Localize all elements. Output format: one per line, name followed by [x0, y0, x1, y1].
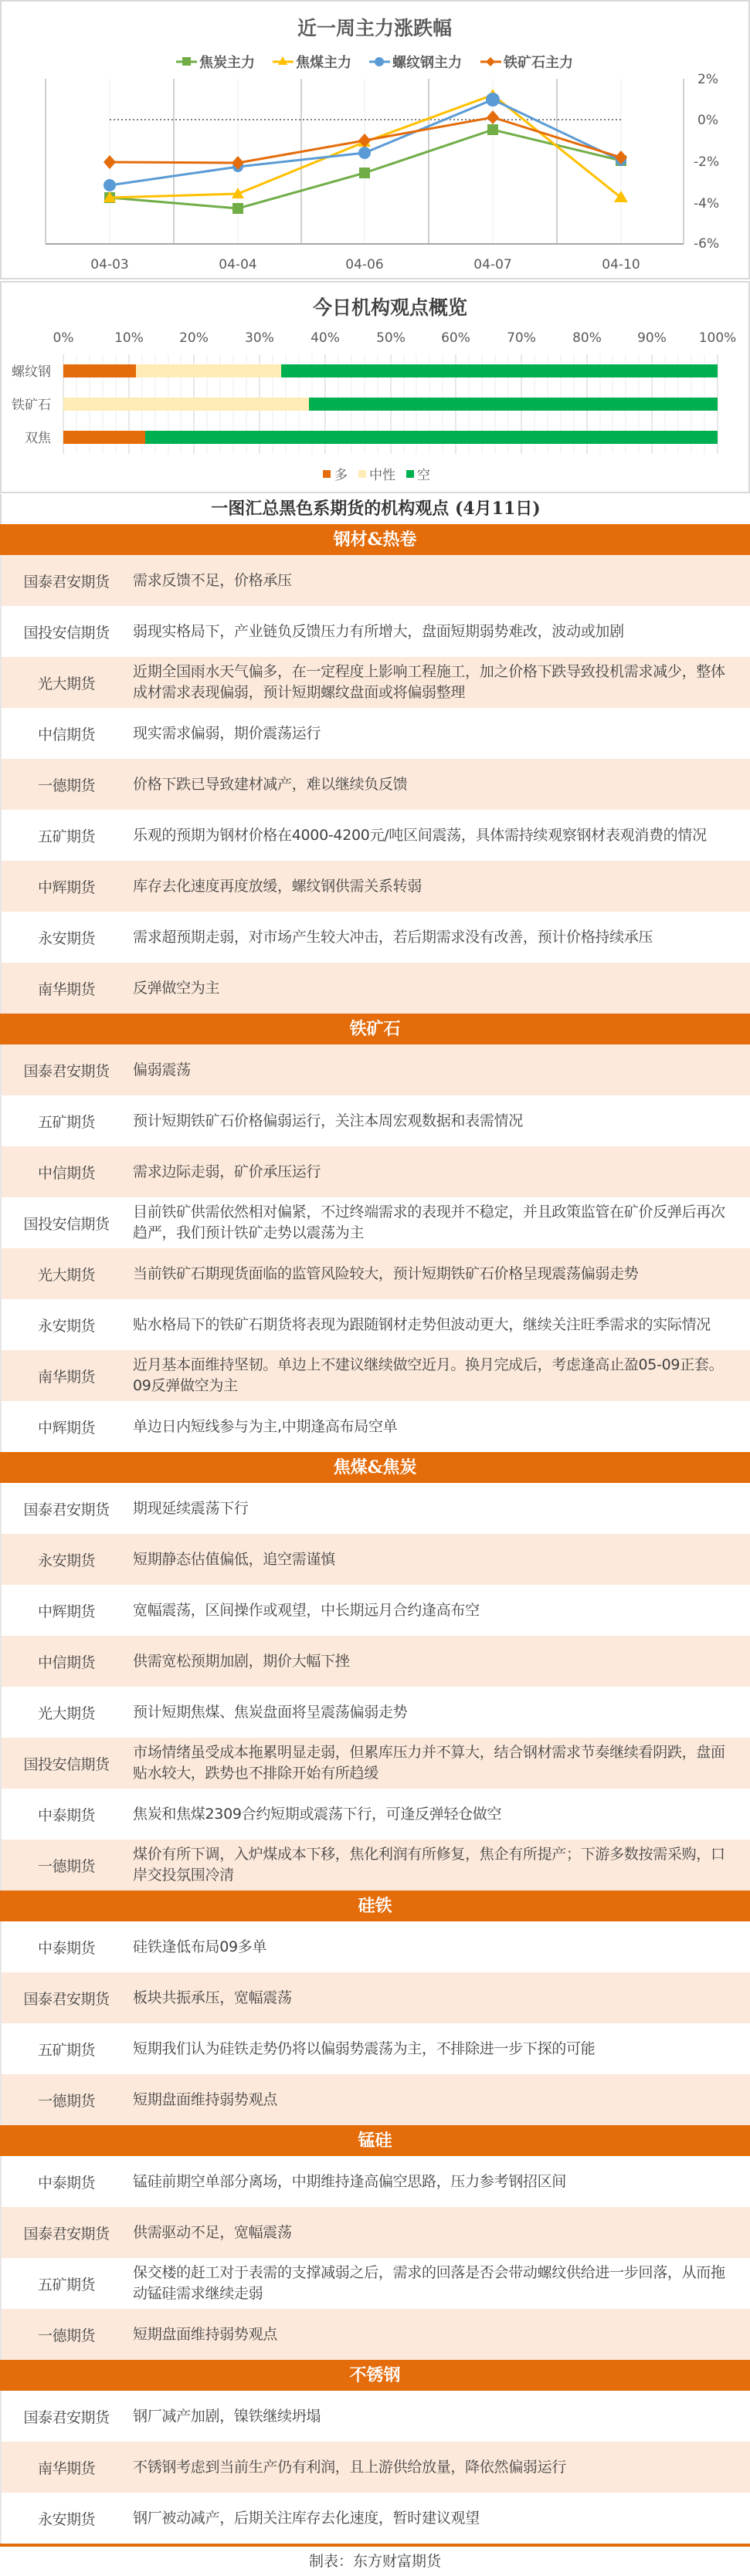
legend-item-coking-coal: 焦煤主力 [273, 54, 351, 71]
table-row: 国泰君安期货偏弱震荡 [0, 1044, 750, 1095]
institution-view: 库存去化速度再度放缓，螺纹钢供需关系转弱 [130, 876, 750, 897]
section-header: 不锈钢 [0, 2360, 750, 2391]
institution-name: 光大期货 [2, 1264, 130, 1285]
institution-name: 国投安信期货 [2, 1213, 130, 1234]
institution-name: 光大期货 [2, 1702, 130, 1723]
institution-view: 现实需求偏弱，期价震荡运行 [130, 723, 750, 744]
table-row: 国泰君安期货板块共振承压，宽幅震荡 [0, 1972, 750, 2023]
institution-view: 锰硅前期空单部分离场，中期维持逢高偏空思路，压力参考钢招区间 [130, 2171, 750, 2192]
section-header: 锰硅 [0, 2125, 750, 2156]
table-row: 一德期货煤价有所下调，入炉煤成本下移，焦化利润有所修复，焦企有所提产；下游多数按… [0, 1840, 750, 1891]
institution-name: 中信期货 [2, 1162, 130, 1183]
institution-name: 国泰君安期货 [2, 2222, 130, 2243]
institution-view: 保交楼的赶工对于表需的支撑减弱之后，需求的回落是否会带动螺纹供给进一步回落，从而… [130, 2263, 750, 2304]
institution-name: 国泰君安期货 [2, 570, 130, 591]
legend-item-rebar: 螺纹钢主力 [369, 54, 462, 71]
bar-chart-x-axis: 0% 10% 20% 30% 40% 50% 60% 70% 80% 90% 1… [53, 330, 737, 346]
institution-name: 国投安信期货 [2, 1753, 130, 1774]
table-row: 一德期货短期盘面维持弱势观点 [0, 2074, 750, 2125]
institution-name: 国泰君安期货 [2, 1988, 130, 2009]
category-label: 铁矿石 [12, 398, 51, 413]
institution-name: 一德期货 [2, 1855, 130, 1876]
table-row: 一德期货价格下跌已导致建材减产，难以继续负反馈 [0, 759, 750, 810]
institution-view: 乐观的预期为钢材价格在4000-4200元/吨区间震荡，具体需持续观察钢材表观消… [130, 825, 750, 846]
institution-view: 当前铁矿石期现货面临的监管风险较大，预计短期铁矿石价格呈现震荡偏弱走势 [130, 1264, 750, 1285]
views-table: 钢材&热卷国泰君安期货需求反馈不足，价格承压国投安信期货弱现实格局下，产业链负反… [0, 524, 750, 2576]
institution-view: 近期全国雨水天气偏多，在一定程度上影响工程施工，加之价格下跌导致投机需求减少，整… [130, 662, 750, 703]
table-row: 中辉期货库存去化速度再度放缓，螺纹钢供需关系转弱 [0, 861, 750, 912]
table-row: 中辉期货单边日内短线参与为主,中期逢高布局空单 [0, 1401, 750, 1452]
x-tick: 80% [572, 330, 602, 346]
bull-swatch-icon [323, 470, 331, 478]
x-tick: 30% [245, 330, 274, 346]
legend-label: 螺纹钢主力 [392, 54, 462, 71]
institution-view: 市场情绪虽受成本拖累明显走弱，但累库压力并不算大，结合钢材需求节奏继续看阴跌，盘… [130, 1742, 750, 1784]
institution-view: 价格下跌已导致建材减产，难以继续负反馈 [130, 774, 750, 795]
institution-name: 国泰君安期货 [2, 2406, 130, 2427]
institution-view: 预计短期铁矿石价格偏弱运行，关注本周宏观数据和表需情况 [130, 1111, 750, 1132]
section-header: 钢材&热卷 [0, 524, 750, 555]
table-row: 光大期货预计短期焦煤、焦炭盘面将呈震荡偏弱走势 [0, 1687, 750, 1738]
institution-name: 中泰期货 [2, 1937, 130, 1958]
institution-view: 短期盘面维持弱势观点 [130, 2324, 750, 2345]
category-label: 双焦 [25, 431, 52, 446]
institution-name: 永安期货 [2, 927, 130, 948]
section-header: 硅铁 [0, 1891, 750, 1921]
institution-name: 一德期货 [2, 774, 130, 795]
circle-marker-icon [375, 57, 384, 66]
institution-name: 五矿期货 [2, 2039, 130, 2060]
table-row: 国泰君安期货需求反馈不足，价格承压 [0, 555, 750, 606]
table-row: 永安期货钢厂被动减产，后期关注库存去化速度，暂时建议观望 [0, 2493, 750, 2544]
institution-name: 国泰君安期货 [2, 1498, 130, 1519]
line-chart-svg: 近一周主力涨跌幅 焦炭主力 焦煤主力 螺纹钢主力 铁矿石主力 [0, 0, 750, 279]
institution-view: 弱现实格局下，产业链负反馈压力有所增大，盘面短期弱势难改，波动或加剧 [130, 621, 750, 642]
table-row: 国泰君安期货期现延续震荡下行 [0, 1483, 750, 1534]
table-row: 永安期货需求超预期走弱，对市场产生较大冲击，若后期需求没有改善，预计价格持续承压 [0, 912, 750, 963]
institution-view: 硅铁逢低布局09多单 [130, 1937, 750, 1958]
x-tick: 50% [376, 330, 406, 346]
table-row: 中信期货需求边际走弱，矿价承压运行 [0, 1146, 750, 1197]
institution-view: 贴水格局下的铁矿石期货将表现为跟随钢材走势但波动更大，继续关注旺季需求的实际情况 [130, 1315, 750, 1335]
institution-name: 一德期货 [2, 2090, 130, 2111]
institution-view: 板块共振承压，宽幅震荡 [130, 1988, 750, 2009]
table-row: 国泰君安期货供需驱动不足，宽幅震荡 [0, 2207, 750, 2258]
institution-name: 中辉期货 [2, 876, 130, 897]
x-tick: 40% [311, 330, 340, 346]
table-row: 国投安信期货弱现实格局下，产业链负反馈压力有所增大，盘面短期弱势难改，波动或加剧 [0, 606, 750, 657]
x-tick: 70% [507, 330, 536, 346]
table-row: 国投安信期货目前铁矿供需依然相对偏紧，不过终端需求的表现并不稳定，并且政策监管在… [0, 1197, 750, 1248]
bar-rebar [63, 364, 718, 377]
institution-name: 中泰期货 [2, 1804, 130, 1825]
table-row: 国投安信期货市场情绪虽受成本拖累明显走弱，但累库压力并不算大，结合钢材需求节奏继… [0, 1738, 750, 1789]
table-row: 光大期货当前铁矿石期现货面临的监管风险较大，预计短期铁矿石价格呈现震荡偏弱走势 [0, 1248, 750, 1299]
institution-name: 中辉期货 [2, 1417, 130, 1437]
line-chart-weekly-change: 近一周主力涨跌幅 焦炭主力 焦煤主力 螺纹钢主力 铁矿石主力 [0, 0, 750, 279]
institution-name: 一德期货 [2, 2324, 130, 2345]
x-tick: 04-06 [345, 257, 383, 272]
institution-name: 永安期货 [2, 2508, 130, 2529]
x-tick: 0% [53, 330, 74, 346]
section-header: 铁矿石 [0, 1014, 750, 1044]
institution-name: 中泰期货 [2, 2171, 130, 2192]
institution-name: 南华期货 [2, 978, 130, 999]
institution-name: 中辉期货 [2, 1600, 130, 1621]
x-tick: 04-10 [602, 257, 640, 272]
table-row: 五矿期货短期我们认为硅铁走势仍将以偏弱势震荡为主，不排除进一步下探的可能 [0, 2023, 750, 2074]
table-row: 中泰期货锰硅前期空单部分离场，中期维持逢高偏空思路，压力参考钢招区间 [0, 2156, 750, 2207]
legend-item-coke: 焦炭主力 [176, 54, 255, 71]
y-tick: 0% [697, 113, 718, 128]
table-row: 光大期货近期全国雨水天气偏多，在一定程度上影响工程施工，加之价格下跌导致投机需求… [0, 657, 750, 708]
line-chart-title: 近一周主力涨跌幅 [297, 17, 452, 39]
neutral-swatch-icon [358, 470, 366, 478]
y-tick: -2% [694, 154, 719, 170]
table-row: 国泰君安期货钢厂减产加剧，镍铁继续坍塌 [0, 2391, 750, 2442]
table-row: 中泰期货焦炭和焦煤2309合约短期或震荡下行，可逢反弹轻仓做空 [0, 1789, 750, 1840]
institution-name: 南华期货 [2, 2457, 130, 2478]
institution-view: 煤价有所下调，入炉煤成本下移，焦化利润有所修复，焦企有所提产；下游多数按需采购，… [130, 1844, 750, 1886]
diamond-marker-icon [486, 57, 495, 66]
institution-view: 短期静态估值偏低，追空需谨慎 [130, 1549, 750, 1570]
institution-view: 短期盘面维持弱势观点 [130, 2090, 750, 2111]
institution-name: 国泰君安期货 [2, 1060, 130, 1081]
institution-name: 国投安信期货 [2, 621, 130, 642]
bear-swatch-icon [406, 470, 414, 478]
table-row: 永安期货贴水格局下的铁矿石期货将表现为跟随钢材走势但波动更大，继续关注旺季需求的… [0, 1299, 750, 1350]
x-tick: 04-03 [90, 257, 128, 272]
category-label: 螺纹钢 [12, 364, 51, 380]
institution-view: 需求超预期走弱，对市场产生较大冲击，若后期需求没有改善，预计价格持续承压 [130, 927, 750, 948]
institution-view: 钢厂减产加剧，镍铁继续坍塌 [130, 2406, 750, 2427]
institution-name: 五矿期货 [2, 2273, 130, 2294]
bar-chart-institution-views: 今日机构观点概览 0% 10% 20% 30% 40% 50% 60% 70% … [0, 281, 750, 493]
legend-label: 中性 [369, 468, 395, 483]
x-tick: 100% [699, 330, 737, 346]
legend-label: 焦炭主力 [199, 54, 255, 71]
table-row: 中辉期货宽幅震荡，区间操作或观望，中长期远月合约逢高布空 [0, 1585, 750, 1636]
table-row: 中信期货现实需求偏弱，期价震荡运行 [0, 708, 750, 759]
institution-view: 需求边际走弱，矿价承压运行 [130, 1162, 750, 1183]
table-row: 五矿期货乐观的预期为钢材价格在4000-4200元/吨区间震荡，具体需持续观察钢… [0, 810, 750, 861]
square-marker-icon [182, 57, 191, 66]
page-title: 一图汇总黑色系期货的机构观点 (4月11日) [0, 494, 750, 524]
table-row: 一德期货短期盘面维持弱势观点 [0, 2309, 750, 2360]
bar-iron-ore [63, 398, 718, 411]
institution-view: 短期我们认为硅铁走势仍将以偏弱势震荡为主，不排除进一步下探的可能 [130, 2039, 750, 2060]
table-row: 南华期货反弹做空为主 [0, 963, 750, 1014]
x-tick: 04-07 [473, 257, 511, 272]
y-tick: -6% [694, 236, 719, 252]
institution-view: 偏弱震荡 [130, 1060, 750, 1081]
table-row: 中泰期货硅铁逢低布局09多单 [0, 1921, 750, 1972]
institution-view: 焦炭和焦煤2309合约短期或震荡下行，可逢反弹轻仓做空 [130, 1804, 750, 1825]
institution-name: 光大期货 [2, 672, 130, 693]
section-header: 焦煤&焦炭 [0, 1452, 750, 1483]
institution-name: 永安期货 [2, 1549, 130, 1570]
table-row: 南华期货近月基本面维持坚韧。单边上不建议继续做空近月。换月完成后，考虑逢高止盈0… [0, 1350, 750, 1401]
table-row: 永安期货短期静态估值偏低，追空需谨慎 [0, 1534, 750, 1585]
institution-view: 供需宽松预期加剧，期价大幅下挫 [130, 1651, 750, 1672]
legend-item-iron-ore: 铁矿石主力 [480, 54, 573, 71]
institution-name: 中信期货 [2, 1651, 130, 1672]
legend-label: 焦煤主力 [296, 54, 351, 71]
bar-double-coke [63, 431, 718, 444]
institution-name: 五矿期货 [2, 825, 130, 846]
legend-label: 空 [417, 468, 430, 483]
table-row: 中信期货供需宽松预期加剧，期价大幅下挫 [0, 1636, 750, 1687]
line-chart-legend: 焦炭主力 焦煤主力 螺纹钢主力 铁矿石主力 [176, 54, 573, 71]
x-tick: 20% [179, 330, 209, 346]
x-tick: 60% [441, 330, 470, 346]
line-chart-x-axis: 04-03 04-04 04-06 04-07 04-10 [90, 257, 640, 272]
y-tick: -4% [694, 196, 719, 212]
institution-view: 目前铁矿供需依然相对偏紧，不过终端需求的表现并不稳定，并且政策监管在矿价反弹后再… [130, 1202, 750, 1244]
institution-view: 宽幅震荡，区间操作或观望，中长期远月合约逢高布空 [130, 1600, 750, 1621]
table-row: 南华期货不锈钢考虑到当前生产仍有利润，且上游供给放量，降依然偏弱运行 [0, 2442, 750, 2493]
footer-credit: 制表：东方财富期货 [0, 2547, 750, 2576]
table-row: 五矿期货预计短期铁矿石价格偏弱运行，关注本周宏观数据和表需情况 [0, 1095, 750, 1146]
line-chart-y-axis: 2% 0% -2% -4% -6% [694, 72, 719, 252]
institution-name: 五矿期货 [2, 1111, 130, 1132]
institution-view: 钢厂被动减产，后期关注库存去化速度，暂时建议观望 [130, 2508, 750, 2529]
bar-chart-svg: 今日机构观点概览 0% 10% 20% 30% 40% 50% 60% 70% … [0, 281, 750, 493]
table-row: 五矿期货保交楼的赶工对于表需的支撑减弱之后，需求的回落是否会带动螺纹供给进一步回… [0, 2258, 750, 2309]
legend-label: 铁矿石主力 [503, 54, 573, 71]
institution-view: 反弹做空为主 [130, 978, 750, 999]
y-tick: 2% [697, 72, 718, 87]
institution-name: 南华期货 [2, 1366, 130, 1386]
institution-view: 近月基本面维持坚韧。单边上不建议继续做空近月。换月完成后，考虑逢高止盈05-09… [130, 1355, 750, 1396]
institution-view: 不锈钢考虑到当前生产仍有利润，且上游供给放量，降依然偏弱运行 [130, 2457, 750, 2478]
bar-chart-category-labels: 螺纹钢 铁矿石 双焦 [12, 364, 52, 446]
bar-chart-legend: 多 中性 空 [323, 468, 430, 483]
institution-view: 期现延续震荡下行 [130, 1498, 750, 1519]
bar-chart-title: 今日机构观点概览 [313, 296, 467, 319]
legend-label: 多 [334, 468, 348, 483]
institution-view: 预计短期焦煤、焦炭盘面将呈震荡偏弱走势 [130, 1702, 750, 1723]
x-tick: 10% [114, 330, 144, 346]
institution-name: 中信期货 [2, 723, 130, 744]
institution-view: 需求反馈不足，价格承压 [130, 570, 750, 591]
x-tick: 90% [637, 330, 667, 346]
institution-view: 供需驱动不足，宽幅震荡 [130, 2222, 750, 2243]
institution-name: 永安期货 [2, 1315, 130, 1335]
x-tick: 04-04 [219, 257, 256, 272]
institution-view: 单边日内短线参与为主,中期逢高布局空单 [130, 1417, 750, 1437]
